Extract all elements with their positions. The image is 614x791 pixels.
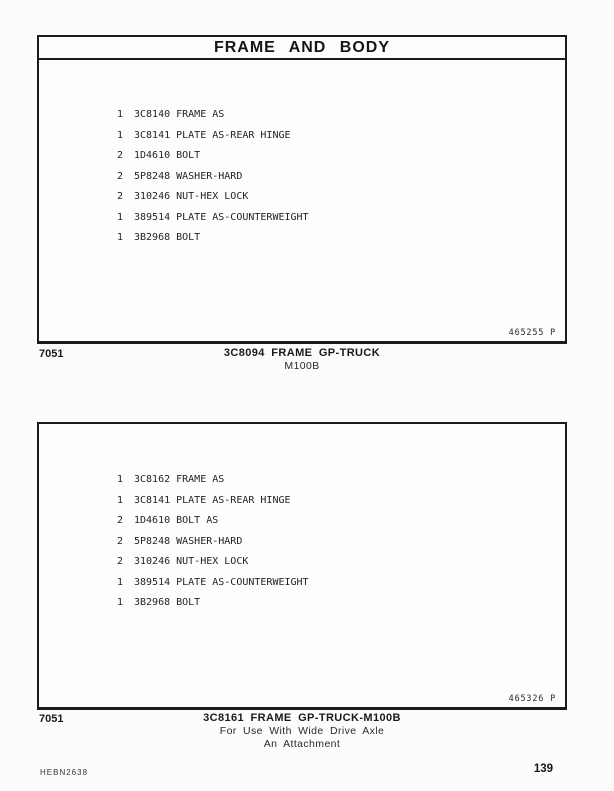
part-qty: 2 <box>117 532 134 553</box>
figure-subtitle: For Use With Wide Drive Axle An Attachme… <box>37 725 567 750</box>
part-qty: 1 <box>117 491 134 512</box>
parts-box-frame-gp-truck-wide-axle: 13C8162FRAME AS 13C8141PLATE AS-REAR HIN… <box>37 422 567 710</box>
form-code: 7051 <box>39 348 63 360</box>
part-row: 2310246NUT-HEX LOCK <box>117 187 309 208</box>
part-row: 13C8141PLATE AS-REAR HINGE <box>117 126 309 147</box>
part-row: 21D4610BOLT AS <box>117 511 309 532</box>
page-title: FRAME AND BODY <box>214 39 390 57</box>
part-number: 1D4610 <box>134 150 170 161</box>
part-number: 3C8141 <box>134 130 170 141</box>
part-description: WASHER-HARD <box>176 171 242 182</box>
part-qty: 2 <box>117 167 134 188</box>
part-description: NUT-HEX LOCK <box>176 556 248 567</box>
part-number: 5P8248 <box>134 536 170 547</box>
parts-list: 13C8140FRAME AS 13C8141PLATE AS-REAR HIN… <box>117 105 309 249</box>
part-description: FRAME AS <box>176 109 224 120</box>
part-number: 3C8141 <box>134 495 170 506</box>
part-number: 3B2968 <box>134 597 170 608</box>
part-description: BOLT <box>176 597 200 608</box>
page-number: 139 <box>534 763 553 775</box>
part-number: 310246 <box>134 556 170 567</box>
catalog-page: FRAME AND BODY 13C8140FRAME AS 13C8141PL… <box>0 0 614 791</box>
part-qty: 1 <box>117 573 134 594</box>
part-row: 13C8140FRAME AS <box>117 105 309 126</box>
part-qty: 1 <box>117 208 134 229</box>
part-row: 13B2968BOLT <box>117 593 309 614</box>
part-row: 13C8162FRAME AS <box>117 470 309 491</box>
part-number: 310246 <box>134 191 170 202</box>
part-row: 25P8248WASHER-HARD <box>117 532 309 553</box>
figure-title: 3C8161 FRAME GP-TRUCK-M100B <box>37 712 567 725</box>
part-qty: 1 <box>117 126 134 147</box>
part-description: PLATE AS-REAR HINGE <box>176 495 290 506</box>
part-number: 3C8140 <box>134 109 170 120</box>
part-description: BOLT AS <box>176 515 218 526</box>
part-description: BOLT <box>176 150 200 161</box>
part-number: 1D4610 <box>134 515 170 526</box>
figure-subtitle: M100B <box>37 360 567 373</box>
document-code: HEBN2638 <box>40 768 88 777</box>
figure-ref: 465255 P <box>509 328 556 338</box>
part-description: PLATE AS-COUNTERWEIGHT <box>176 577 308 588</box>
figure-subtitle-line: M100B <box>37 360 567 373</box>
form-code: 7051 <box>39 713 63 725</box>
section-title-band: FRAME AND BODY <box>39 37 565 60</box>
part-row: 2310246NUT-HEX LOCK <box>117 552 309 573</box>
figure-subtitle-line: For Use With Wide Drive Axle <box>37 725 567 738</box>
part-row: 13C8141PLATE AS-REAR HINGE <box>117 491 309 512</box>
figure-subtitle-line: An Attachment <box>37 738 567 751</box>
figure-caption: 7051 3C8161 FRAME GP-TRUCK-M100B For Use… <box>37 712 567 750</box>
part-qty: 1 <box>117 470 134 491</box>
parts-box-frame-gp-truck: FRAME AND BODY 13C8140FRAME AS 13C8141PL… <box>37 35 567 344</box>
part-qty: 2 <box>117 146 134 167</box>
part-qty: 2 <box>117 511 134 532</box>
part-qty: 2 <box>117 552 134 573</box>
figure-title: 3C8094 FRAME GP-TRUCK <box>37 347 567 360</box>
part-qty: 1 <box>117 593 134 614</box>
part-description: NUT-HEX LOCK <box>176 191 248 202</box>
part-qty: 2 <box>117 187 134 208</box>
part-description: FRAME AS <box>176 474 224 485</box>
part-description: PLATE AS-COUNTERWEIGHT <box>176 212 308 223</box>
parts-list: 13C8162FRAME AS 13C8141PLATE AS-REAR HIN… <box>117 470 309 614</box>
part-row: 25P8248WASHER-HARD <box>117 167 309 188</box>
part-number: 389514 <box>134 577 170 588</box>
part-number: 3B2968 <box>134 232 170 243</box>
part-number: 3C8162 <box>134 474 170 485</box>
part-row: 1389514PLATE AS-COUNTERWEIGHT <box>117 573 309 594</box>
part-description: WASHER-HARD <box>176 536 242 547</box>
part-row: 21D4610BOLT <box>117 146 309 167</box>
part-number: 389514 <box>134 212 170 223</box>
part-qty: 1 <box>117 105 134 126</box>
part-qty: 1 <box>117 228 134 249</box>
figure-caption: 7051 3C8094 FRAME GP-TRUCK M100B <box>37 347 567 373</box>
part-row: 13B2968BOLT <box>117 228 309 249</box>
part-number: 5P8248 <box>134 171 170 182</box>
part-row: 1389514PLATE AS-COUNTERWEIGHT <box>117 208 309 229</box>
figure-ref: 465326 P <box>509 694 556 704</box>
part-description: PLATE AS-REAR HINGE <box>176 130 290 141</box>
part-description: BOLT <box>176 232 200 243</box>
